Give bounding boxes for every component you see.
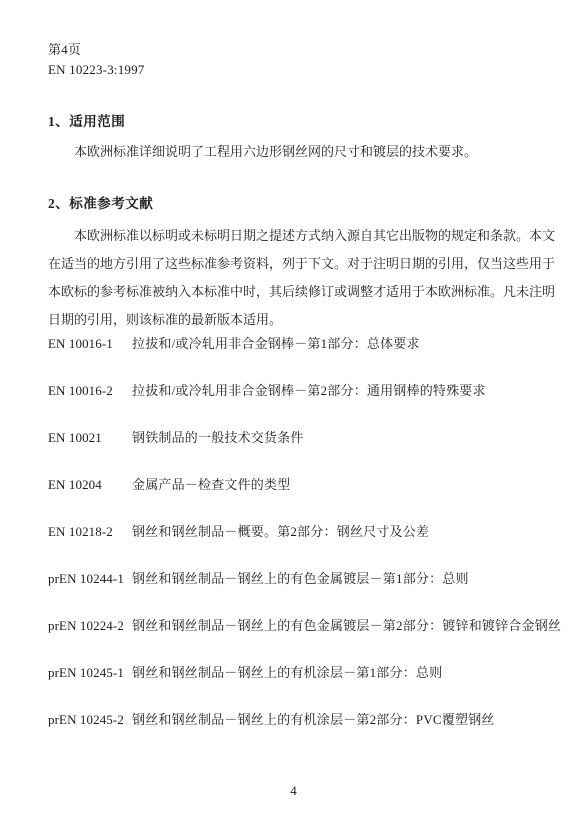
reference-code: EN 10016-1 [48,334,132,354]
reference-item: prEN 10244-1 钢丝和钢丝制品－钢丝上的有色金属镀层－第1部分：总则 [48,569,549,589]
page-number: 4 [290,783,297,798]
header-page-label: 第4页 [48,40,549,60]
reference-item: prEN 10245-1 钢丝和钢丝制品－钢丝上的有机涂层－第1部分：总则 [48,663,549,683]
reference-code: EN 10016-2 [48,381,132,401]
reference-code: prEN 10244-1 [48,569,132,589]
reference-code: prEN 10224-2 [48,616,132,636]
reference-title: 拉拔和/或冷轧用非合金钢棒－第2部分：通用钢棒的特殊要求 [132,381,549,401]
reference-item: EN 10016-1 拉拔和/或冷轧用非合金钢棒－第1部分：总体要求 [48,334,549,354]
document-page: 第4页 EN 10223-3:1997 1、适用范围 本欧洲标准详细说明了工程用… [0,0,587,815]
page-content: 第4页 EN 10223-3:1997 1、适用范围 本欧洲标准详细说明了工程用… [48,40,549,757]
reference-item: EN 10218-2 钢丝和钢丝制品－概要。第2部分：钢丝尺寸及公差 [48,522,549,542]
section-2-paragraph-line: 本欧洲标准以标明或未标明日期之提述方式纳入源自其它出版物的规定和条款。本文 [48,222,549,250]
section-2-paragraph-line: 在适当的地方引用了这些标准参考资料，列于下文。对于注明日期的引用，仅当这些用于 [48,250,549,278]
reference-title: 金属产品－检查文件的类型 [132,475,549,495]
section-1-heading: 1、适用范围 [48,112,549,132]
reference-item: prEN 10224-2 钢丝和钢丝制品－钢丝上的有色金属镀层－第2部分：镀锌和… [48,616,549,636]
page-footer: 4 [0,783,587,799]
reference-item: EN 10016-2 拉拔和/或冷轧用非合金钢棒－第2部分：通用钢棒的特殊要求 [48,381,549,401]
reference-code: EN 10021 [48,428,132,448]
reference-code: EN 10204 [48,475,132,495]
section-2-paragraph: 本欧洲标准以标明或未标明日期之提述方式纳入源自其它出版物的规定和条款。本文 在适… [48,222,549,334]
reference-title: 钢丝和钢丝制品－钢丝上的有机涂层－第2部分：PVC覆塑钢丝 [132,710,549,730]
reference-list: EN 10016-1 拉拔和/或冷轧用非合金钢棒－第1部分：总体要求 EN 10… [48,334,549,730]
reference-item: EN 10204 金属产品－检查文件的类型 [48,475,549,495]
reference-code: prEN 10245-1 [48,663,132,683]
reference-title: 钢丝和钢丝制品－钢丝上的有色金属镀层－第2部分：镀锌和镀锌合金钢丝 [132,616,561,636]
reference-title: 拉拔和/或冷轧用非合金钢棒－第1部分：总体要求 [132,334,549,354]
reference-item: EN 10021 钢铁制品的一般技术交货条件 [48,428,549,448]
section-2-heading: 2、标准参考文献 [48,194,549,214]
header-standard-ref: EN 10223-3:1997 [48,60,549,80]
section-2-paragraph-line: 日期的引用，则该标准的最新版本适用。 [48,306,549,334]
section-1-paragraph: 本欧洲标准详细说明了工程用六边形钢丝网的尺寸和镀层的技术要求。 [48,142,549,162]
reference-title: 钢铁制品的一般技术交货条件 [132,428,549,448]
reference-code: EN 10218-2 [48,522,132,542]
reference-item: prEN 10245-2 钢丝和钢丝制品－钢丝上的有机涂层－第2部分：PVC覆塑… [48,710,549,730]
page-header: 第4页 EN 10223-3:1997 [48,40,549,80]
section-2-paragraph-line: 本欧标的参考标准被纳入本标准中时，其后续修订或调整才适用于本欧洲标准。凡未注明 [48,278,549,306]
reference-title: 钢丝和钢丝制品－钢丝上的有机涂层－第1部分：总则 [132,663,549,683]
reference-code: prEN 10245-2 [48,710,132,730]
reference-title: 钢丝和钢丝制品－概要。第2部分：钢丝尺寸及公差 [132,522,549,542]
reference-title: 钢丝和钢丝制品－钢丝上的有色金属镀层－第1部分：总则 [132,569,549,589]
